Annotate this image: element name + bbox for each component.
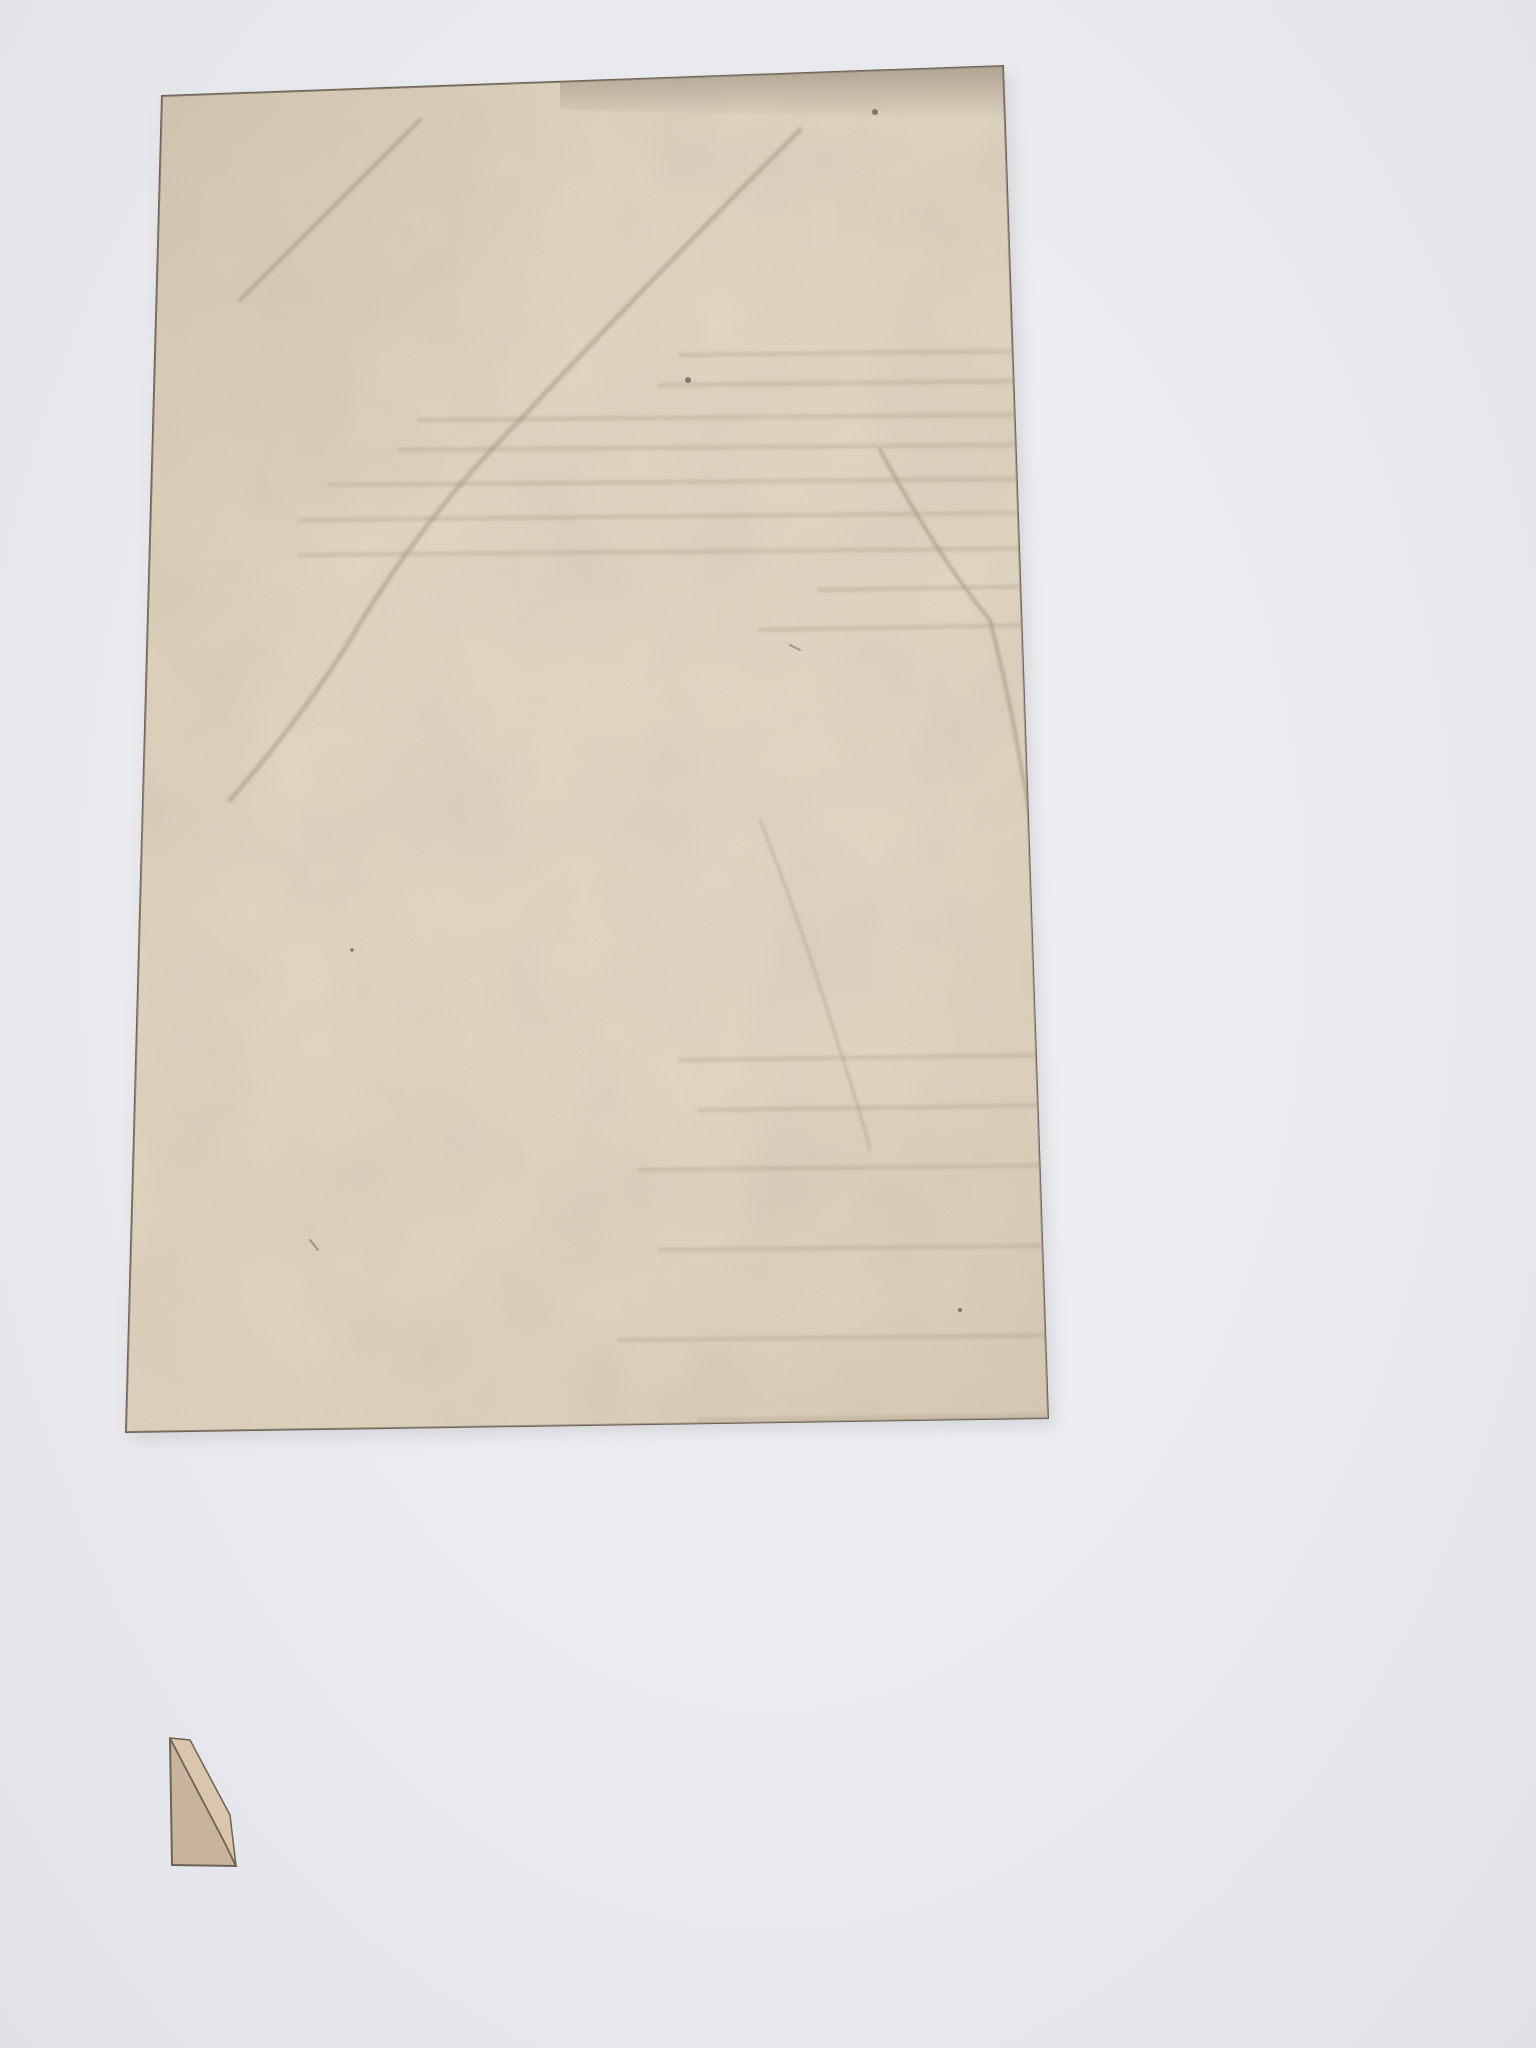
folded-corner <box>170 1738 236 1866</box>
aged-paper-sheet <box>0 0 1536 2048</box>
photo-scene: Worn beige paper with faint show-through… <box>0 0 1536 2048</box>
